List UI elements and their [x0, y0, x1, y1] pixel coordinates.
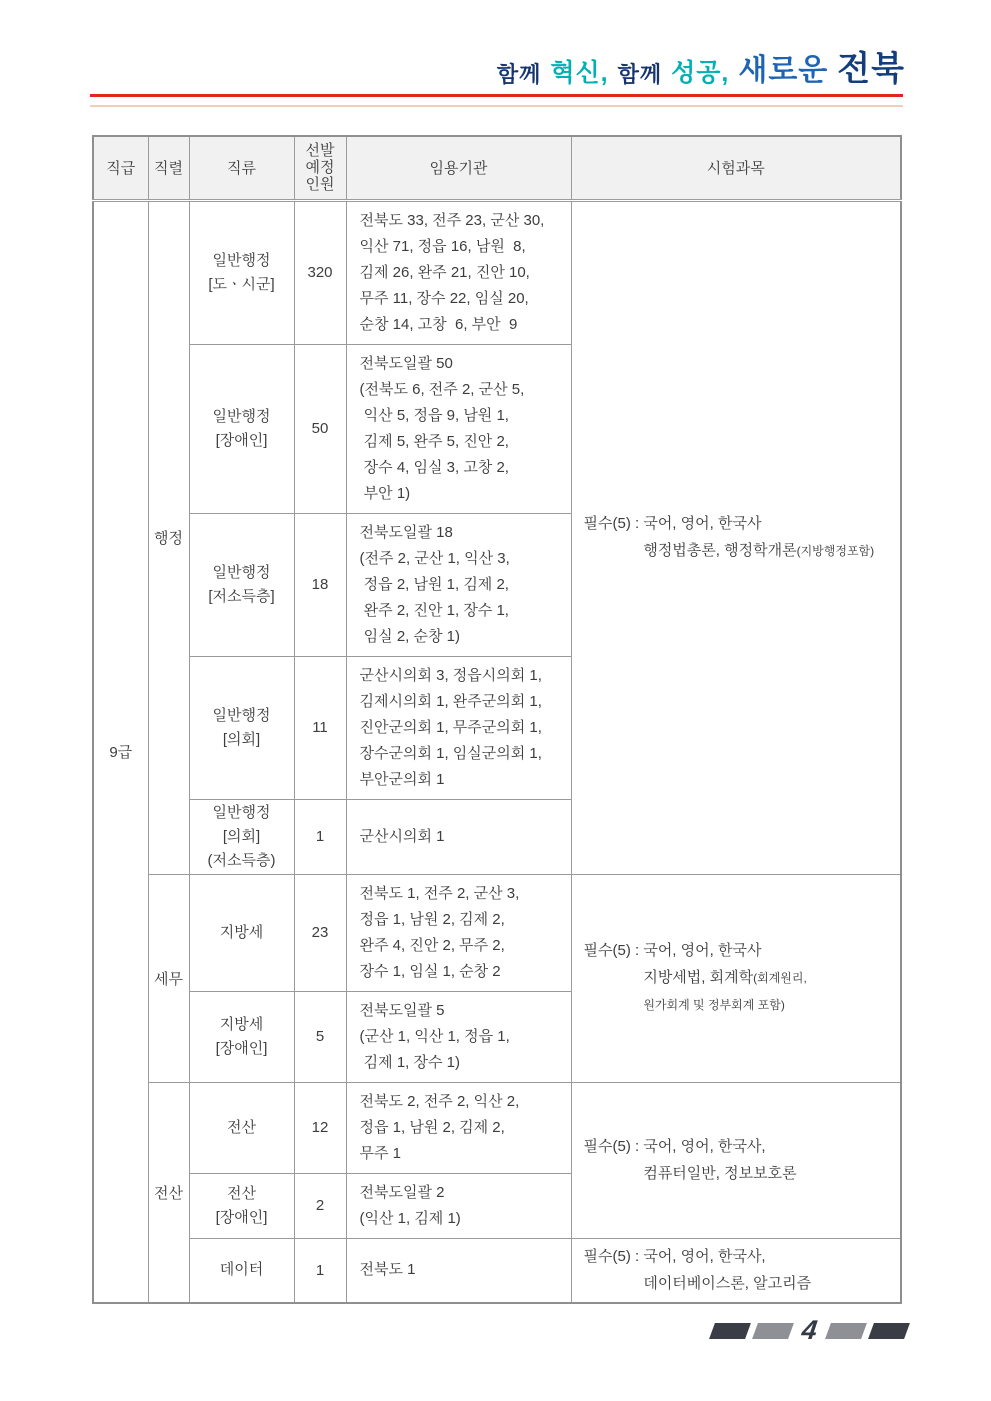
header-rule-red	[90, 94, 903, 97]
series-cell-tax: 세무	[148, 874, 189, 1082]
footer-marker-gray	[752, 1323, 794, 1339]
jeonbuk-slogan-logo: 함께혁신,함께성공,새로운전북	[497, 52, 905, 86]
class-cell: 전산 [장애인]	[189, 1173, 294, 1238]
page-footer: 4	[712, 1317, 907, 1344]
header-rank: 직급	[93, 136, 148, 200]
quota-cell: 2	[294, 1173, 346, 1238]
agency-cell: 전북도 1, 전주 2, 군산 3, 정읍 1, 남원 2, 김제 2, 완주 …	[346, 874, 571, 991]
subjects-label: 필수(5) :	[584, 510, 644, 537]
table-row: 세무 지방세 23 전북도 1, 전주 2, 군산 3, 정읍 1, 남원 2,…	[93, 874, 901, 991]
agency-cell: 군산시의회 3, 정읍시의회 1, 김제시의회 1, 완주군의회 1, 진안군의…	[346, 656, 571, 799]
rank-cell: 9급	[93, 200, 148, 1303]
table-row: 전산 전산 12 전북도 2, 전주 2, 익산 2, 정읍 1, 남원 2, …	[93, 1082, 901, 1173]
subjects-line: 컴퓨터일반, 정보보호론	[643, 1160, 796, 1187]
quota-cell: 50	[294, 344, 346, 513]
agency-cell: 전북도 2, 전주 2, 익산 2, 정읍 1, 남원 2, 김제 2, 무주 …	[346, 1082, 571, 1173]
class-cell: 일반행정 [의회]	[189, 656, 294, 799]
agency-cell: 전북도 33, 전주 23, 군산 30, 익산 71, 정읍 16, 남원 8…	[346, 200, 571, 344]
class-cell: 지방세 [장애인]	[189, 991, 294, 1082]
agency-cell: 전북도일괄 18 (전주 2, 군산 1, 익산 3, 정읍 2, 남원 1, …	[346, 513, 571, 656]
subjects-it: 필수(5) : 국어, 영어, 한국사, 컴퓨터일반, 정보보호론	[584, 1133, 897, 1187]
subjects-line: 국어, 영어, 한국사,	[643, 1133, 796, 1160]
logo-part: 전북	[837, 52, 905, 86]
header-class: 직류	[189, 136, 294, 200]
subjects-cell-admin: 필수(5) : 국어, 영어, 한국사 행정법총론, 행정학개론(지방행정포함)	[571, 200, 901, 874]
subjects-admin: 필수(5) : 국어, 영어, 한국사 행정법총론, 행정학개론(지방행정포함)	[584, 510, 897, 565]
subjects-label: 필수(5) :	[584, 937, 644, 964]
subjects-line: 지방세법, 회계학(회계원리,	[643, 964, 806, 992]
series-cell-admin: 행정	[148, 200, 189, 874]
quota-cell: 320	[294, 200, 346, 344]
logo-part: 성공,	[671, 61, 729, 86]
subjects-line: 국어, 영어, 한국사	[643, 937, 806, 964]
logo-part: 함께	[497, 64, 542, 86]
quota-cell: 1	[294, 1238, 346, 1303]
header-subjects: 시험과목	[571, 136, 901, 200]
footer-marker-gray	[825, 1323, 867, 1339]
class-cell: 일반행정 [도ㆍ시군]	[189, 200, 294, 344]
recruitment-table: 직급 직렬 직류 선발 예정 인원 임용기관 시험과목 9급 행정 일반행정 […	[92, 135, 902, 1304]
quota-cell: 18	[294, 513, 346, 656]
header-series: 직렬	[148, 136, 189, 200]
quota-cell: 5	[294, 991, 346, 1082]
subjects-data: 필수(5) : 국어, 영어, 한국사, 데이터베이스론, 알고리즘	[584, 1243, 897, 1297]
subjects-note: (회계원리,	[753, 971, 807, 985]
subjects-note: (지방행정포함)	[797, 544, 875, 558]
quota-cell: 12	[294, 1082, 346, 1173]
agency-cell: 군산시의회 1	[346, 799, 571, 874]
agency-cell: 전북도일괄 50 (전북도 6, 전주 2, 군산 5, 익산 5, 정읍 9,…	[346, 344, 571, 513]
series-cell-it: 전산	[148, 1082, 189, 1303]
class-cell: 전산	[189, 1082, 294, 1173]
subjects-line: 국어, 영어, 한국사	[643, 510, 874, 537]
class-cell: 일반행정 [장애인]	[189, 344, 294, 513]
subjects-line: 행정법총론, 행정학개론(지방행정포함)	[643, 537, 874, 565]
footer-marker-dark	[868, 1323, 910, 1339]
subjects-tax: 필수(5) : 국어, 영어, 한국사 지방세법, 회계학(회계원리, 원가회계…	[584, 937, 897, 1019]
quota-cell: 11	[294, 656, 346, 799]
agency-cell: 전북도 1	[346, 1238, 571, 1303]
quota-cell: 1	[294, 799, 346, 874]
footer-marker-dark	[709, 1323, 751, 1339]
class-cell: 데이터	[189, 1238, 294, 1303]
document-page: 함께혁신,함께성공,새로운전북 직급 직렬 직류 선발 예정 인원 임용기관 시…	[0, 0, 991, 1401]
subjects-cell-tax: 필수(5) : 국어, 영어, 한국사 지방세법, 회계학(회계원리, 원가회계…	[571, 874, 901, 1082]
logo-part: 새로운	[738, 56, 828, 86]
subjects-note: 원가회계 및 정부회계 포함)	[643, 992, 806, 1019]
subjects-cell-data: 필수(5) : 국어, 영어, 한국사, 데이터베이스론, 알고리즘	[571, 1238, 901, 1303]
subjects-line: 국어, 영어, 한국사,	[643, 1243, 811, 1270]
quota-cell: 23	[294, 874, 346, 991]
table-row: 9급 행정 일반행정 [도ㆍ시군] 320 전북도 33, 전주 23, 군산 …	[93, 200, 901, 344]
agency-cell: 전북도일괄 2 (익산 1, 김제 1)	[346, 1173, 571, 1238]
header-quota: 선발 예정 인원	[294, 136, 346, 200]
subjects-label: 필수(5) :	[584, 1243, 644, 1270]
agency-cell: 전북도일괄 5 (군산 1, 익산 1, 정읍 1, 김제 1, 장수 1)	[346, 991, 571, 1082]
class-cell: 지방세	[189, 874, 294, 991]
logo-part: 함께	[618, 64, 663, 86]
header-agency: 임용기관	[346, 136, 571, 200]
page-number: 4	[800, 1317, 819, 1344]
table-row: 데이터 1 전북도 1 필수(5) : 국어, 영어, 한국사, 데이터베이스론…	[93, 1238, 901, 1303]
table-header-row: 직급 직렬 직류 선발 예정 인원 임용기관 시험과목	[93, 136, 901, 200]
header-rule-peach	[90, 105, 903, 107]
subjects-line: 데이터베이스론, 알고리즘	[643, 1270, 811, 1297]
class-cell: 일반행정 [저소득층]	[189, 513, 294, 656]
logo-part: 혁신,	[550, 61, 608, 86]
subjects-label: 필수(5) :	[584, 1133, 644, 1160]
subjects-cell-it: 필수(5) : 국어, 영어, 한국사, 컴퓨터일반, 정보보호론	[571, 1082, 901, 1238]
class-cell: 일반행정 [의회] (저소득층)	[189, 799, 294, 874]
